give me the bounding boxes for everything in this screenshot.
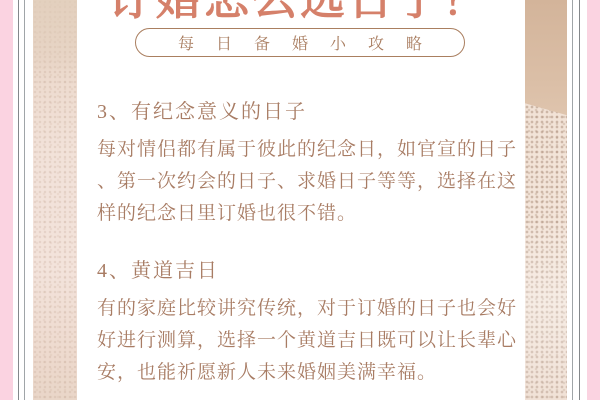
pink-border-right bbox=[587, 0, 600, 400]
frame-line-left-outer bbox=[24, 0, 25, 400]
section-memorable-days: 3、有纪念意义的日子 每对情侣都有属于彼此的纪念日，如官宣的日子 、第一次约会的… bbox=[97, 101, 517, 230]
section-auspicious-day: 4、黄道吉日 有的家庭比较讲究传统，对于订婚的日子也会好 好进行测算，选择一个黄… bbox=[97, 260, 517, 389]
badge-pill: 每日备婚小攻略 bbox=[135, 28, 465, 57]
body-line: 样的纪念日里订婚也很不错。 bbox=[97, 198, 517, 230]
body-line: 好进行测算，选择一个黄道吉日既可以让长辈心 bbox=[97, 325, 517, 357]
section-heading: 3、有纪念意义的日子 bbox=[97, 101, 517, 123]
section-heading: 4、黄道吉日 bbox=[97, 260, 517, 282]
body-line: 安，也能祈愿新人未来婚姻美满幸福。 bbox=[97, 357, 517, 389]
fabric-texture-right bbox=[525, 0, 567, 400]
frame-line-right-inner bbox=[579, 0, 580, 400]
frame-line-right-outer bbox=[572, 0, 573, 400]
poster-title: 订婚怎么选日子？ bbox=[0, 0, 600, 21]
body-line: 有的家庭比较讲究传统，对于订婚的日子也会好 bbox=[97, 293, 517, 325]
frame-line-left-inner bbox=[18, 0, 19, 400]
fabric-texture-left bbox=[33, 0, 77, 400]
body-line: 每对情侣都有属于彼此的纪念日，如官宣的日子 bbox=[97, 134, 517, 166]
body-line: 、第一次约会的日子、求婚日子等等，选择在这 bbox=[97, 166, 517, 198]
pink-border-left bbox=[0, 0, 13, 400]
